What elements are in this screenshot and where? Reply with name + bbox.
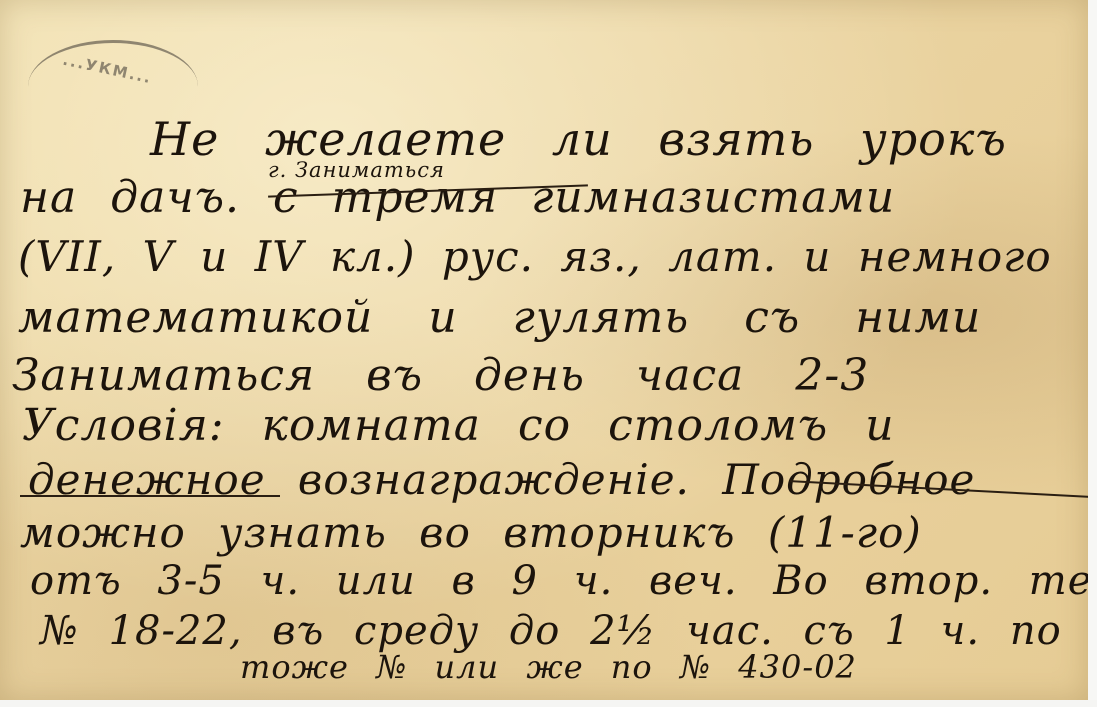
underline-mark (20, 495, 280, 497)
text-line-6: Условія: комната со столомъ и (22, 400, 895, 451)
scan-margin-right (1088, 0, 1097, 707)
text-line-4: математикой и гулять съ ними (18, 292, 981, 343)
text-line-2: на дачъ. с тремя гимназистами (20, 172, 895, 223)
text-line-3: (VII, V и IV кл.) рус. яз., лат. и немно… (18, 232, 1052, 281)
postcard: ...УКМ... Не желаете ли взять урокъ г. З… (0, 0, 1088, 700)
text-line-9: отъ 3-5 ч. или в 9 ч. веч. Во втор. теле… (30, 558, 1097, 604)
text-line-11: тоже № или же по № 430-02 (240, 648, 857, 686)
text-line-5: Заниматься въ день часа 2-3 (12, 350, 869, 401)
scan-margin-bottom (0, 700, 1097, 707)
text-line-8: можно узнать во вторникъ (11-го) (20, 508, 922, 557)
